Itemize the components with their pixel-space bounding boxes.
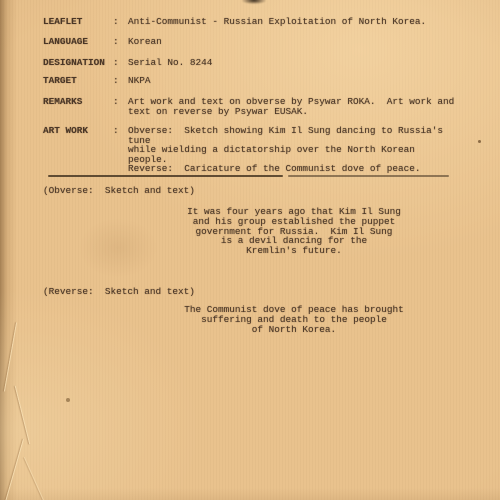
obverse-section-heading: (Obverse: Sketch and text): [43, 186, 195, 196]
field-separator: :: [113, 76, 128, 86]
paper-crease: [4, 322, 17, 391]
field-label: LANGUAGE: [43, 37, 113, 47]
field-value: Korean: [128, 37, 458, 47]
divider-line-segment: [48, 175, 283, 177]
field-label: ART WORK: [43, 126, 113, 136]
field-value: Art work and text on obverse by Psywar R…: [128, 97, 458, 116]
field-label: TARGET: [43, 76, 113, 86]
paper-crease: [24, 457, 45, 500]
field-row-leaflet: LEAFLET : Anti-Communist - Russian Explo…: [43, 17, 458, 27]
reverse-section-heading: (Reverse: Sketch and text): [43, 287, 195, 297]
scanned-document-page: LEAFLET : Anti-Communist - Russian Explo…: [0, 0, 500, 500]
paper-stain: [78, 218, 158, 278]
field-separator: :: [113, 97, 128, 107]
field-row-language: LANGUAGE : Korean: [43, 37, 458, 47]
divider-line-segment: [288, 175, 449, 177]
field-row-art-work: ART WORK : Obverse: Sketch showing Kim I…: [43, 126, 458, 174]
field-label: REMARKS: [43, 97, 113, 107]
field-separator: :: [113, 37, 128, 47]
obverse-leaflet-text: It was four years ago that Kim Il Sung a…: [166, 207, 422, 256]
paper-speck: [478, 140, 481, 143]
field-row-remarks: REMARKS : Art work and text on obverse b…: [43, 97, 458, 116]
field-separator: :: [113, 126, 128, 136]
field-label: DESIGNATION: [43, 58, 113, 68]
field-separator: :: [113, 17, 128, 27]
field-value: NKPA: [128, 76, 458, 86]
field-value: Anti-Communist - Russian Exploitation of…: [128, 17, 458, 27]
paper-crease: [5, 439, 24, 500]
field-row-target: TARGET : NKPA: [43, 76, 458, 86]
reverse-leaflet-text: The Communist dove of peace has brought …: [166, 305, 422, 334]
field-value: Obverse: Sketch showing Kim Il Sung danc…: [128, 126, 458, 174]
field-label: LEAFLET: [43, 17, 113, 27]
scan-edge-smudge: [242, 0, 266, 4]
field-value: Serial No. 8244: [128, 58, 458, 68]
paper-crease: [15, 386, 30, 444]
paper-speck: [66, 398, 70, 402]
field-row-designation: DESIGNATION : Serial No. 8244: [43, 58, 458, 68]
field-separator: :: [113, 58, 128, 68]
